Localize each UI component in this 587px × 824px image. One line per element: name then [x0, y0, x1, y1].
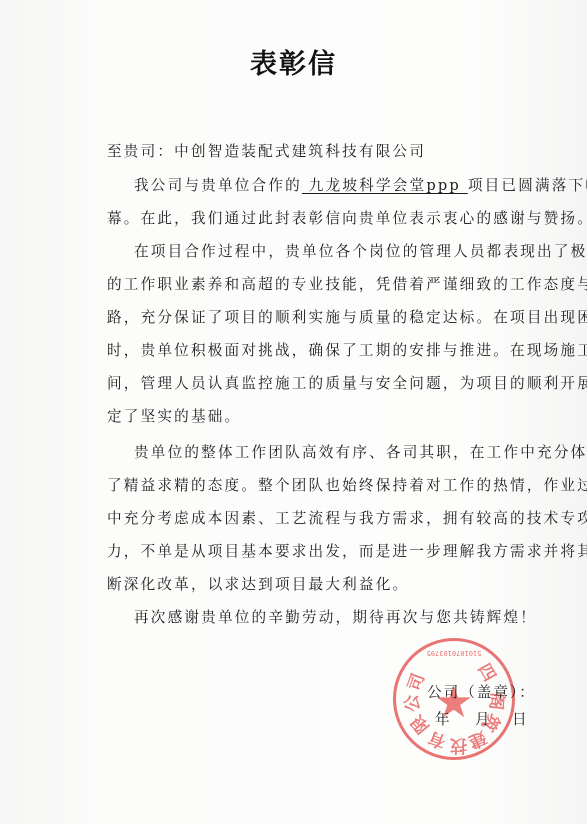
paragraph-2-line-1: 在项目合作过程中，贵单位各个岗位的管理人员都表现出了极高: [134, 240, 587, 261]
page-title: 表彰信: [0, 42, 587, 81]
project-name: 九龙坡科学会堂ppp: [302, 177, 468, 194]
closing-line: 再次感谢贵单位的辛勤劳动，期待再次与您共铸辉煌！: [134, 606, 537, 627]
paragraph-3-line-1: 贵单位的整体工作团队高效有序、各司其职，在工作中充分体现: [134, 441, 587, 462]
seal-char: 司: [400, 669, 429, 694]
paragraph-1-line-1: 我公司与贵单位合作的 九龙坡科学会堂ppp 项目已圆满落下帷: [134, 174, 587, 195]
paragraph-2-line-4: 时，贵单位积极面对挑战，确保了工期的安排与推进。在现场施工期: [107, 339, 587, 360]
seal-char: 有: [424, 727, 449, 756]
date-year-label: 年: [435, 708, 452, 729]
text-segment: 项目已圆满落下帷: [468, 177, 587, 194]
paragraph-3-line-2: 了精益求精的态度。整个团队也始终保持着对工作的热情，作业过程: [107, 474, 587, 495]
paragraph-2-line-2: 的工作职业素养和高超的专业技能，凭借着严谨细致的工作态度与思: [107, 273, 587, 294]
paragraph-2-line-5: 间，管理人员认真监控施工的质量与安全问题，为项目的顺利开展奠: [107, 372, 587, 393]
text-segment: 我公司与贵单位合作的: [134, 177, 302, 194]
paragraph-1-line-2: 幕。在此，我们通过此封表彰信向贵单位表示衷心的感谢与赞扬。: [107, 207, 587, 228]
seal-char: 公: [397, 693, 425, 714]
date-day-label: 日: [512, 708, 529, 729]
paragraph-3-line-4: 力，不单是从项目基本要求出发，而是进一步理解我方需求并将其不: [107, 540, 587, 561]
paragraph-2-line-3: 路，充分保证了项目的顺利实施与质量的稳定达标。在项目出现困难: [107, 306, 587, 327]
letter-page: 表彰信 至贵司：中创智造装配式建筑科技有限公司 我公司与贵单位合作的 九龙坡科学…: [0, 0, 587, 824]
seal-char: 技: [450, 735, 467, 760]
company-seal-label: 公司（盖章）：: [427, 681, 536, 702]
date-month-label: 月: [475, 708, 492, 729]
seal-serial-number: 5101070103795: [396, 649, 512, 657]
salutation: 至贵司：中创智造装配式建筑科技有限公司: [107, 140, 426, 161]
paragraph-2-line-6: 定了坚实的基础。: [107, 405, 241, 426]
paragraph-3-line-3: 中充分考虑成本因素、工艺流程与我方需求，拥有较高的技术专攻能: [107, 507, 587, 528]
paragraph-3-line-5: 断深化改革，以求达到项目最大利益化。: [107, 573, 409, 594]
